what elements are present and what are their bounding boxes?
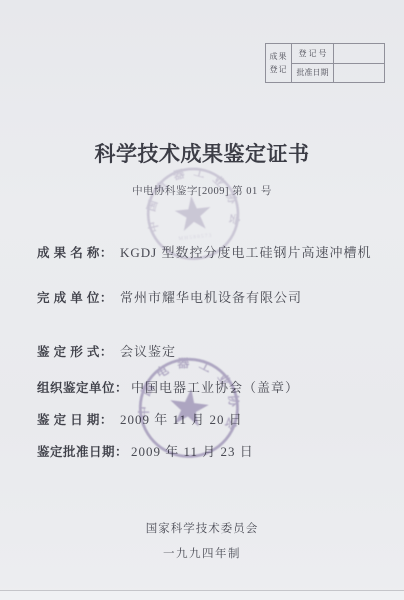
registration-row-value (334, 64, 384, 83)
registration-rows: 登 记 号 批准日期 (292, 44, 384, 82)
field-label: 组织鉴定单位： (37, 379, 128, 397)
registration-group-label: 成果 登记 (266, 44, 292, 82)
footer-edition: 一九九四年制 (0, 545, 404, 561)
official-seal-stamp-lower: 中国电器工业协会 (130, 348, 248, 466)
field-value: 常州市耀华电机设备有限公司 (120, 290, 302, 305)
field-value: KGDJ 型数控分度电工硅钢片高速冲槽机 (120, 245, 371, 260)
field-row-completing-unit: 完 成 单 位：常州市耀华电机设备有限公司 (37, 289, 302, 307)
registration-group-line2: 登记 (270, 63, 288, 76)
field-label: 完 成 单 位： (37, 289, 117, 307)
registration-group-line1: 成果 (270, 50, 288, 63)
registration-box: 成果 登记 登 记 号 批准日期 (265, 43, 385, 83)
footer-issuer: 国家科学技术委员会 (0, 520, 404, 536)
star-icon (173, 194, 212, 232)
field-label: 鉴 定 形 式： (37, 343, 117, 361)
field-label: 鉴定批准日期： (37, 443, 128, 461)
star-icon (168, 386, 211, 427)
field-row-result-name: 成 果 名 称：KGDJ 型数控分度电工硅钢片高速冲槽机 (37, 244, 371, 262)
page-bottom-edge (0, 590, 404, 600)
field-label: 鉴 定 日 期： (37, 411, 117, 429)
registration-row: 登 记 号 (292, 44, 384, 63)
seal-code: MH580573 (178, 232, 213, 242)
registration-row-label: 批准日期 (292, 64, 334, 83)
registration-row-value (334, 44, 384, 63)
field-label: 成 果 名 称： (37, 244, 117, 262)
certificate-page: 成果 登记 登 记 号 批准日期 科学技术成果鉴定证书 中电协科鉴字[2009]… (0, 0, 404, 600)
registration-row: 批准日期 (292, 63, 384, 83)
registration-row-label: 登 记 号 (292, 44, 334, 63)
